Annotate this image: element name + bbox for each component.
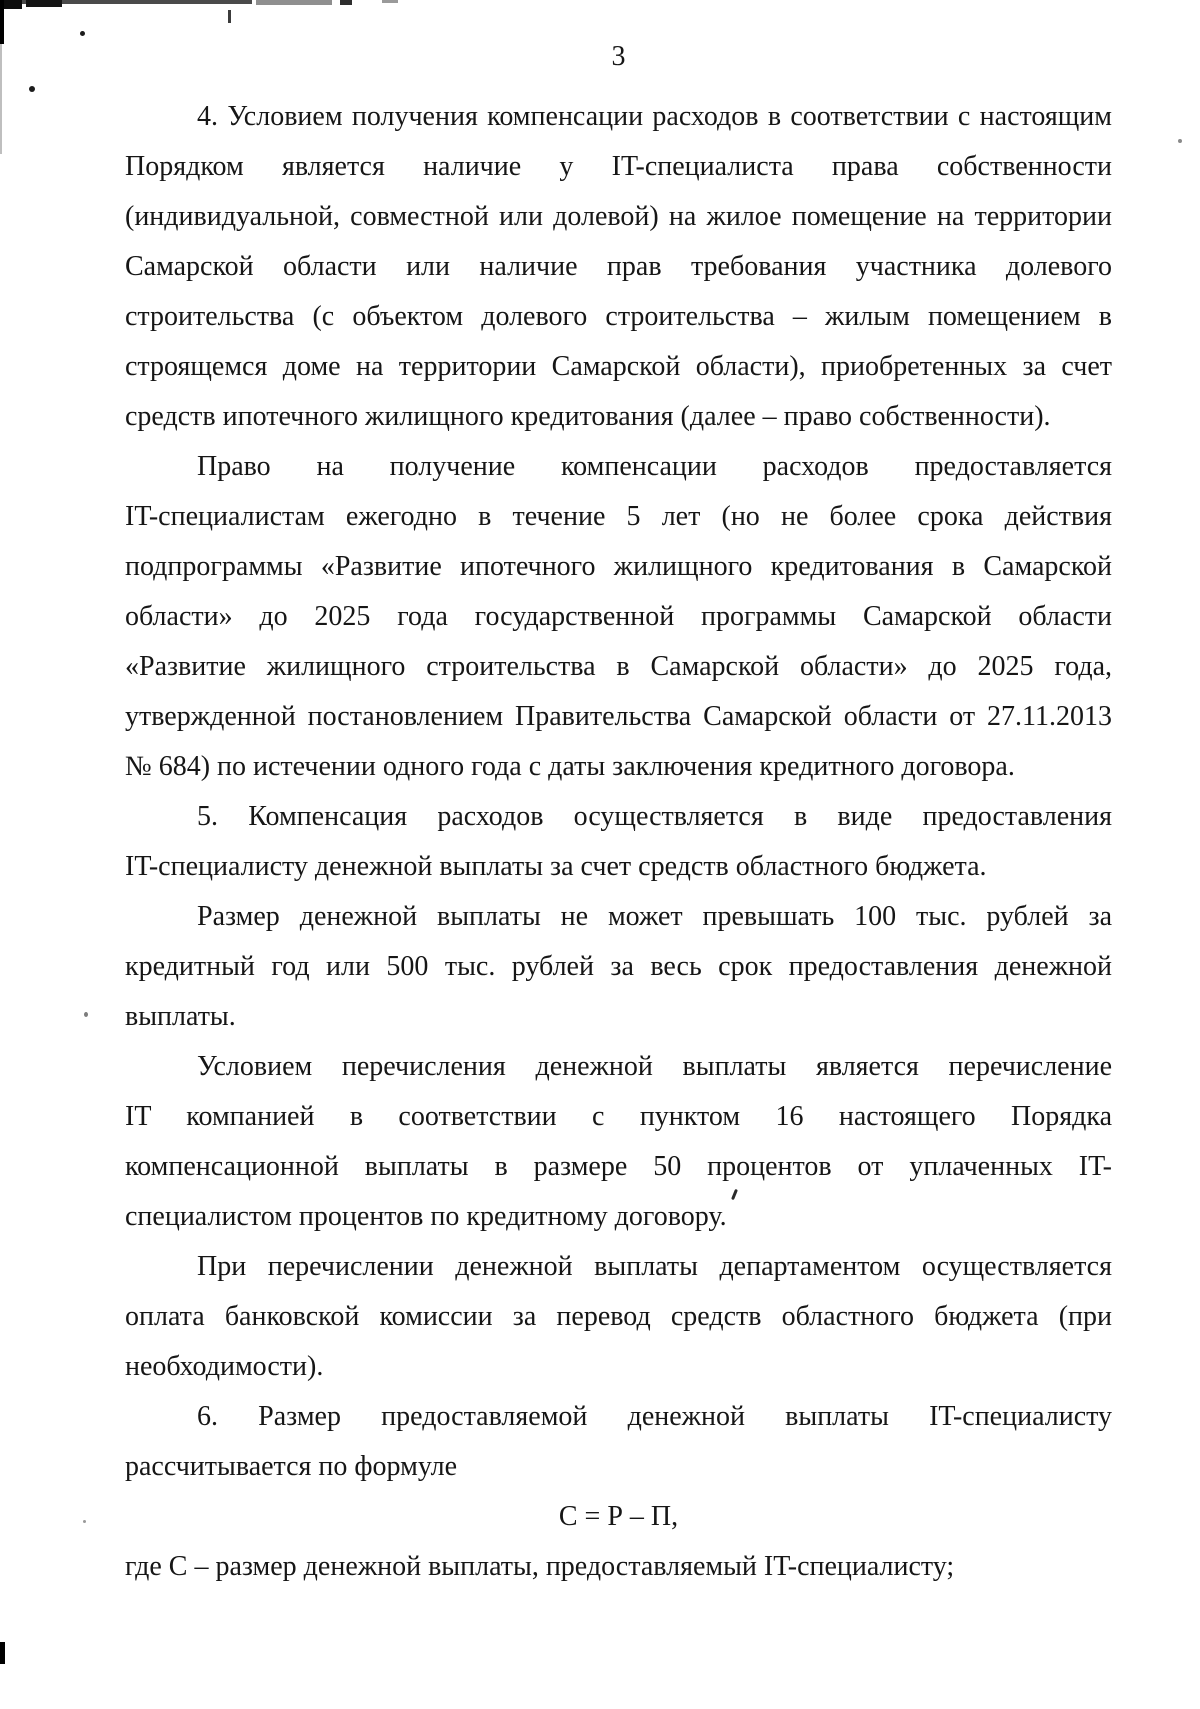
text-line: № 684) по истечении одного года с даты з…	[125, 742, 1112, 792]
text-line: выплаты.	[125, 992, 1112, 1042]
text-line: специалистом процентов по кредитному дог…	[125, 1192, 1112, 1242]
text-line: где С – размер денежной выплаты, предост…	[125, 1542, 1112, 1592]
text-line: Порядком является наличие у IT-специалис…	[125, 142, 1112, 192]
scan-artifact-speck	[29, 86, 35, 92]
text-line: «Развитие жилищного строительства в Сама…	[125, 642, 1112, 692]
scan-artifact-left-edge-blob	[0, 1642, 5, 1664]
text-line: средств ипотечного жилищного кредитовани…	[125, 392, 1112, 442]
text-line: оплата банковской комиссии за перевод ср…	[125, 1292, 1112, 1342]
text-line: IT-специалисту денежной выплаты за счет …	[125, 842, 1112, 892]
text-line: 5. Компенсация расходов осуществляется в…	[125, 792, 1112, 842]
formula: С = Р – П,	[125, 1492, 1112, 1542]
text-line: IT-специалистам ежегодно в течение 5 лет…	[125, 492, 1112, 542]
transfer-condition: Условием перечисления денежной выплаты я…	[125, 1042, 1112, 1242]
text-line: 4. Условием получения компенсации расход…	[125, 92, 1112, 142]
formula-legend-c: где С – размер денежной выплаты, предост…	[125, 1542, 1112, 1592]
text-line: компенсационной выплаты в размере 50 про…	[125, 1142, 1112, 1192]
text-line: утвержденной постановлением Правительств…	[125, 692, 1112, 742]
text-line: области» до 2025 года государственной пр…	[125, 592, 1112, 642]
text-line: рассчитывается по формуле	[125, 1442, 1112, 1492]
document-page: 3 4. Условием получения компенсации расх…	[0, 0, 1200, 1709]
text-line: необходимости).	[125, 1342, 1112, 1392]
text-line: кредитный год или 500 тыс. рублей за вес…	[125, 942, 1112, 992]
scan-artifact-speck	[1178, 139, 1182, 143]
scan-artifact-top-strip	[256, 0, 332, 5]
document-body: 4. Условием получения компенсации расход…	[125, 92, 1112, 1592]
bank-commission: При перечислении денежной выплаты департ…	[125, 1242, 1112, 1392]
text-line: IT компанией в соответствии с пунктом 16…	[125, 1092, 1112, 1142]
scan-artifact-left-edge	[0, 44, 2, 154]
item-6-payment-size: 6. Размер предоставляемой денежной выпла…	[125, 1392, 1112, 1492]
item-4-conditions: 4. Условием получения компенсации расход…	[125, 92, 1112, 442]
text-line: (индивидуальной, совместной или долевой)…	[125, 192, 1112, 242]
scan-artifact-speck	[80, 31, 85, 36]
page-number: 3	[125, 40, 1112, 74]
scan-artifact-top-blob	[26, 0, 62, 7]
scan-artifact-speck	[83, 1520, 86, 1523]
text-line: подпрограммы «Развитие ипотечного жилищн…	[125, 542, 1112, 592]
scan-artifact-left-edge	[0, 0, 4, 44]
text-line: строящемся доме на территории Самарской …	[125, 342, 1112, 392]
text-line: Право на получение компенсации расходов …	[125, 442, 1112, 492]
item-5-compensation-form: 5. Компенсация расходов осуществляется в…	[125, 792, 1112, 892]
text-line: Самарской области или наличие прав требо…	[125, 242, 1112, 292]
scan-artifact-tick	[228, 10, 231, 23]
right-to-compensation: Право на получение компенсации расходов …	[125, 442, 1112, 792]
text-line: Размер денежной выплаты не может превыша…	[125, 892, 1112, 942]
scan-artifact-top-mark	[340, 0, 352, 5]
payment-size-limit: Размер денежной выплаты не может превыша…	[125, 892, 1112, 1042]
text-line: 6. Размер предоставляемой денежной выпла…	[125, 1392, 1112, 1442]
text-line: строительства (с объектом долевого строи…	[125, 292, 1112, 342]
text-line: Условием перечисления денежной выплаты я…	[125, 1042, 1112, 1092]
scan-artifact-speck	[84, 1012, 88, 1017]
text-line: При перечислении денежной выплаты департ…	[125, 1242, 1112, 1292]
scan-artifact-top-strip	[382, 0, 398, 3]
